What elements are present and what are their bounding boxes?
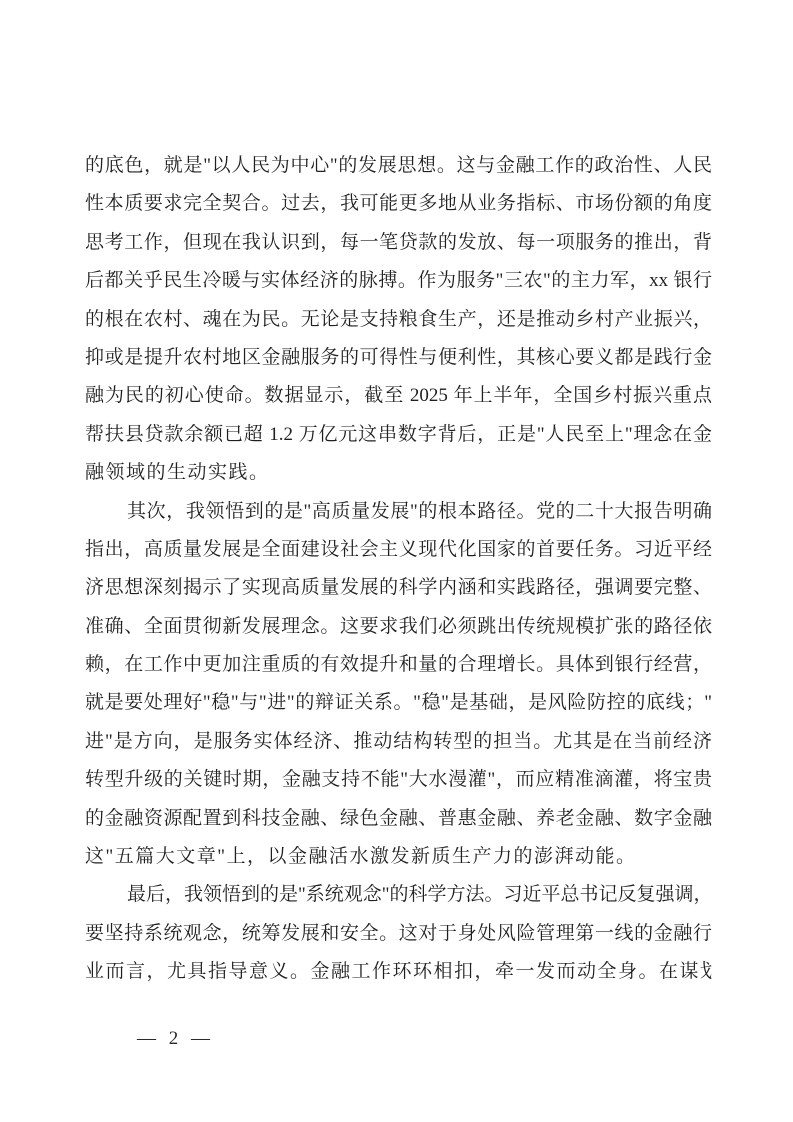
paragraph: 的底色，就是"以人民为中心"的发展思想。这与金融工作的政治性、人民性本质要求完全… [85,147,712,493]
text-line: 的底色，就是"以人民为中心"的发展思想。这与金融工作的政治性、人民 [85,147,712,185]
text-line: 性本质要求完全契合。过去，我可能更多地从业务指标、市场份额的角度 [85,185,712,223]
paragraph: 最后，我领悟到的是"系统观念"的科学方法。习近平总书记反复强调，要坚持系统观念，… [85,876,712,991]
document-page: 的底色，就是"以人民为中心"的发展思想。这与金融工作的政治性、人民性本质要求完全… [0,0,793,1122]
text-line: 融为民的初心使命。数据显示，截至 2025 年上半年，全国乡村振兴重点 [85,377,712,415]
text-line: 业而言，尤具指导意义。金融工作环环相扣，牵一发而动全身。在谋划一 [85,953,712,991]
text-line: 转型升级的关键时期，金融支持不能"大水漫灌"，而应精准滴灌，将宝贵 [85,761,712,799]
paragraph: 其次，我领悟到的是"高质量发展"的根本路径。党的二十大报告明确指出，高质量发展是… [85,493,712,877]
text-line: 指出，高质量发展是全面建设社会主义现代化国家的首要任务。习近平经 [85,531,712,569]
text-line: 抑或是提升农村地区金融服务的可得性与便利性，其核心要义都是践行金 [85,339,712,377]
text-line: 赖，在工作中更加注重质的有效提升和量的合理增长。具体到银行经营， [85,646,712,684]
text-line: 的根在农村、魂在为民。无论是支持粮食生产，还是推动乡村产业振兴， [85,301,712,339]
text-line: 帮扶县贷款余额已超 1.2 万亿元这串数字背后，正是"人民至上"理念在金 [85,416,712,454]
text-line: 后都关乎民生冷暖与实体经济的脉搏。作为服务"三农"的主力军，xx 银行 [85,262,712,300]
text-block: 的底色，就是"以人民为中心"的发展思想。这与金融工作的政治性、人民性本质要求完全… [85,147,712,992]
page-number: — 2 — [137,1028,214,1050]
text-line: 这"五篇大文章"上，以金融活水激发新质生产力的澎湃动能。 [85,838,712,876]
text-line: 最后，我领悟到的是"系统观念"的科学方法。习近平总书记反复强调， [85,876,712,914]
text-line: 进"是方向，是服务实体经济、推动结构转型的担当。尤其是在当前经济 [85,723,712,761]
text-line: 的金融资源配置到科技金融、绿色金融、普惠金融、养老金融、数字金融 [85,800,712,838]
text-line: 融领域的生动实践。 [85,454,712,492]
text-line: 其次，我领悟到的是"高质量发展"的根本路径。党的二十大报告明确 [85,493,712,531]
text-line: 要坚持系统观念，统筹发展和安全。这对于身处风险管理第一线的金融行 [85,915,712,953]
text-line: 济思想深刻揭示了实现高质量发展的科学内涵和实践路径，强调要完整、 [85,569,712,607]
text-line: 准确、全面贯彻新发展理念。这要求我们必须跳出传统规模扩张的路径依 [85,608,712,646]
text-line: 就是要处理好"稳"与"进"的辩证关系。"稳"是基础，是风险防控的底线；" [85,684,712,722]
text-line: 思考工作，但现在我认识到，每一笔贷款的发放、每一项服务的推出，背 [85,224,712,262]
